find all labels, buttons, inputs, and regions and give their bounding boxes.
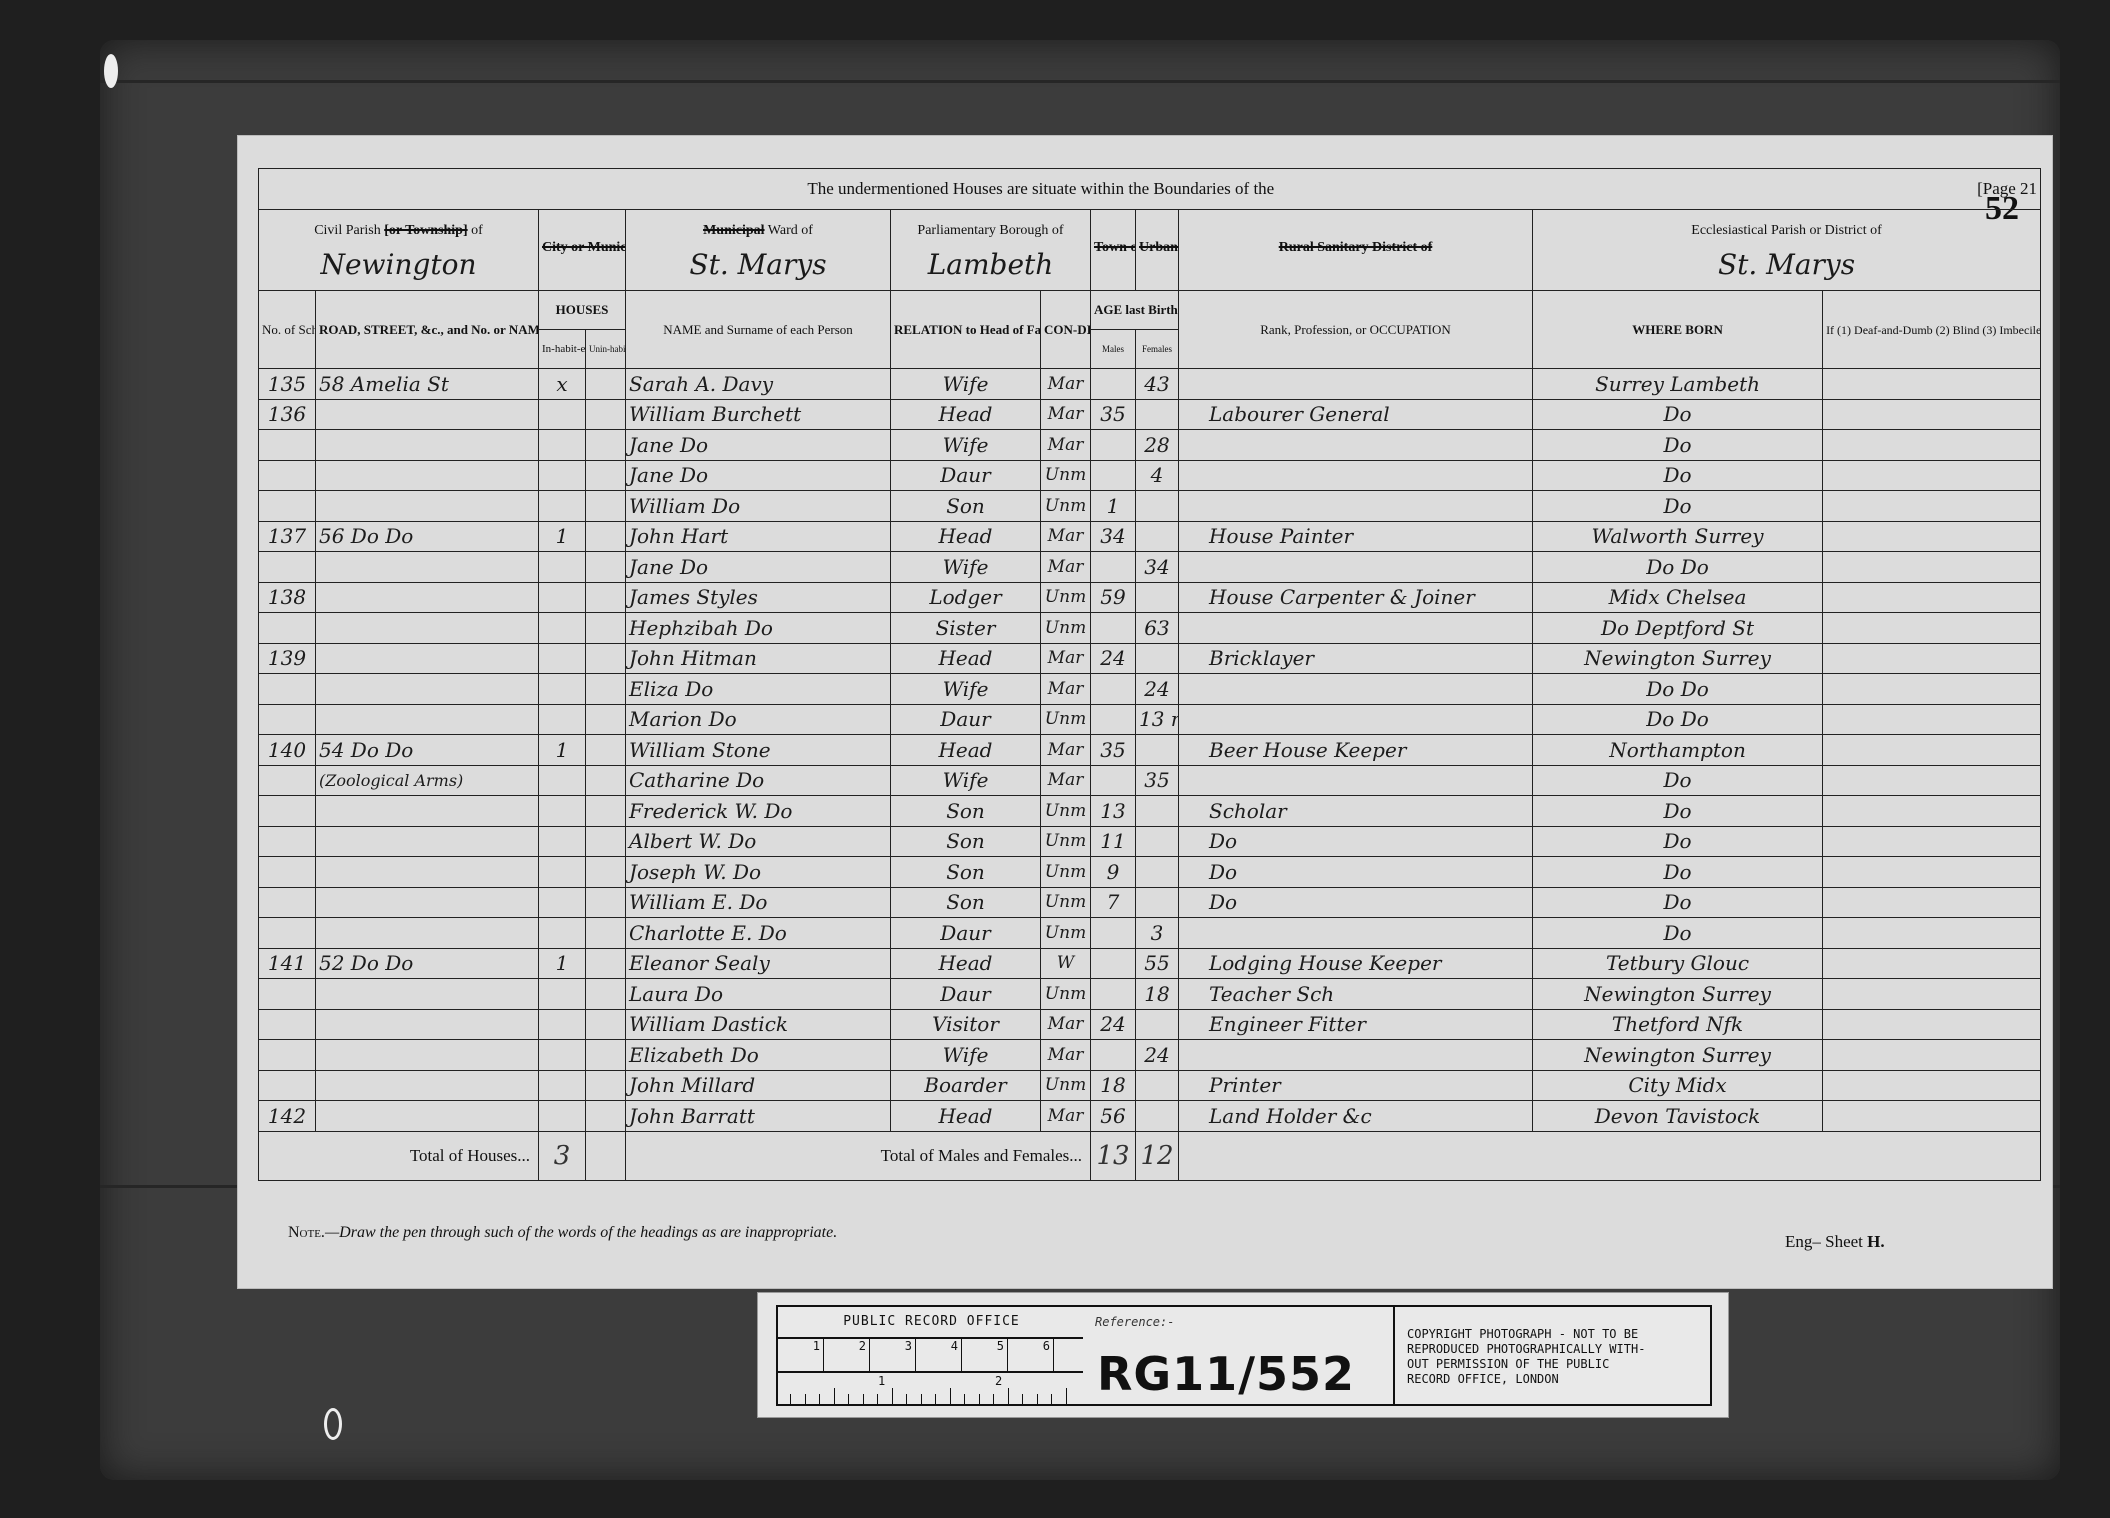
uninhabited-mark: [586, 765, 626, 796]
female-age: 3: [1136, 918, 1179, 949]
inch-mark: 1: [878, 1374, 885, 1388]
area-label-text: Ecclesiastical Parish or District of: [1691, 223, 1882, 238]
infirmity: [1823, 674, 2041, 705]
area-parliamentary-borough: Parliamentary Borough ofLambeth: [891, 210, 1091, 291]
male-age: 1: [1091, 491, 1136, 522]
person-name: William E. Do: [626, 887, 891, 918]
sheet-designation: Eng– Sheet H.: [1785, 1232, 1885, 1252]
occupation: [1179, 460, 1533, 491]
relation-to-head: Sister: [891, 613, 1041, 644]
infirmity: [1823, 491, 2041, 522]
census-row: Marion DoDaurUnm13 mDo Do: [259, 704, 2041, 735]
road-address: [316, 826, 539, 857]
page-number: [Page 21: [1823, 169, 2041, 210]
inhabited-mark: [539, 430, 586, 461]
infirmity: [1823, 857, 2041, 888]
road-address: [316, 552, 539, 583]
ruler-tick: [892, 1388, 893, 1406]
cm-mark: 5: [962, 1339, 1008, 1371]
ruler-tick: [1066, 1388, 1067, 1406]
female-age: 18: [1136, 979, 1179, 1010]
occupation: Do: [1179, 826, 1533, 857]
census-row: Elizabeth DoWifeMar24Newington Surrey: [259, 1040, 2041, 1071]
uninhabited-mark: [586, 1009, 626, 1040]
person-name: Jane Do: [626, 430, 891, 461]
occupation: Labourer General: [1179, 399, 1533, 430]
marital-condition: Mar: [1041, 765, 1091, 796]
person-name: Charlotte E. Do: [626, 918, 891, 949]
marital-condition: Mar: [1041, 399, 1091, 430]
col-header-schedule: No. of Schedule: [259, 291, 316, 369]
road-address: [316, 857, 539, 888]
relation-to-head: Wife: [891, 552, 1041, 583]
schedule-number: 138: [259, 582, 316, 613]
inch-scale: 12: [778, 1371, 1085, 1406]
marital-condition: Unm: [1041, 460, 1091, 491]
uninhabited-mark: [586, 582, 626, 613]
person-name: Hephzibah Do: [626, 613, 891, 644]
film-punch-mark: [104, 54, 118, 88]
schedule-number: 136: [259, 399, 316, 430]
road-address: [316, 1101, 539, 1132]
relation-to-head: Visitor: [891, 1009, 1041, 1040]
census-enumeration-table: The undermentioned Houses are situate wi…: [258, 168, 2041, 1181]
marital-condition: Mar: [1041, 1101, 1091, 1132]
person-name: William Do: [626, 491, 891, 522]
male-age: 24: [1091, 1009, 1136, 1040]
census-row: 13558 Amelia StxSarah A. DavyWifeMar43Su…: [259, 369, 2041, 400]
copyright-notice: COPYRIGHT PHOTOGRAPH - NOT TO BE REPRODU…: [1407, 1327, 1645, 1387]
infirmity: [1823, 704, 2041, 735]
infirmity: [1823, 1070, 2041, 1101]
census-row: 142John BarrattHeadMar56Land Holder &cDe…: [259, 1101, 2041, 1132]
occupation: Teacher Sch: [1179, 979, 1533, 1010]
uninhabited-mark: [586, 430, 626, 461]
marital-condition: Unm: [1041, 918, 1091, 949]
occupation: Engineer Fitter: [1179, 1009, 1533, 1040]
birthplace: Do: [1533, 887, 1823, 918]
infirmity: [1823, 796, 2041, 827]
marital-condition: Mar: [1041, 674, 1091, 705]
road-address: [316, 399, 539, 430]
marital-condition: W: [1041, 948, 1091, 979]
uninhabited-mark: [586, 369, 626, 400]
ruler-tick: [950, 1388, 951, 1406]
col-header-males: Males: [1091, 330, 1136, 369]
infirmity: [1823, 430, 2041, 461]
cm-mark: 2: [824, 1339, 870, 1371]
birthplace: Midx Chelsea: [1533, 582, 1823, 613]
census-row: Charlotte E. DoDaurUnm3Do: [259, 918, 2041, 949]
uninhabited-mark: [586, 948, 626, 979]
scale-ruler-box: PUBLIC RECORD OFFICE 12 123456: [776, 1305, 1087, 1406]
uninhabited-mark: [586, 521, 626, 552]
col-header-uninhabited: Unin-habited (U.), or Building (B.): [586, 330, 626, 369]
area-value: Lambeth: [894, 248, 1087, 281]
marital-condition: Unm: [1041, 979, 1091, 1010]
census-row: (Zoological Arms)Catharine DoWifeMar35Do: [259, 765, 2041, 796]
infirmity: [1823, 1040, 2041, 1071]
marital-condition: Mar: [1041, 1009, 1091, 1040]
marital-condition: Unm: [1041, 1070, 1091, 1101]
female-age: [1136, 1070, 1179, 1101]
schedule-number: 135: [259, 369, 316, 400]
schedule-number: [259, 460, 316, 491]
male-age: 35: [1091, 735, 1136, 766]
cm-mark: 1: [778, 1339, 824, 1371]
schedule-number: [259, 765, 316, 796]
area-label-struck-text: City or Municipal Borough of: [542, 240, 626, 255]
male-age: [1091, 460, 1136, 491]
film-punch-mark: [324, 1408, 342, 1440]
ruler-tick: [819, 1394, 820, 1406]
inhabited-mark: [539, 552, 586, 583]
relation-to-head: Wife: [891, 369, 1041, 400]
male-age: [1091, 765, 1136, 796]
person-name: John Hitman: [626, 643, 891, 674]
infirmity: [1823, 918, 2041, 949]
schedule-number: [259, 796, 316, 827]
relation-to-head: Head: [891, 521, 1041, 552]
occupation: Scholar: [1179, 796, 1533, 827]
person-name: Catharine Do: [626, 765, 891, 796]
birthplace: Newington Surrey: [1533, 643, 1823, 674]
area-label-struck-text: Municipal: [703, 223, 764, 238]
infirmity: [1823, 826, 2041, 857]
occupation: [1179, 369, 1533, 400]
person-name: John Hart: [626, 521, 891, 552]
relation-to-head: Daur: [891, 979, 1041, 1010]
birthplace: Do: [1533, 765, 1823, 796]
sheet-letter: H.: [1867, 1232, 1884, 1251]
female-age: 28: [1136, 430, 1179, 461]
marital-condition: Unm: [1041, 491, 1091, 522]
area-label-struck-text: Town or Village or Hamlet of: [1094, 240, 1136, 255]
column-header-row: No. of Schedule ROAD, STREET, &c., and N…: [259, 291, 2041, 330]
cm-mark: 3: [870, 1339, 916, 1371]
relation-to-head: Son: [891, 887, 1041, 918]
road-address: [316, 491, 539, 522]
road-address: [316, 643, 539, 674]
area-municipal-borough: City or Municipal Borough of: [539, 210, 626, 291]
relation-to-head: Daur: [891, 704, 1041, 735]
col-header-relation: RELATION to Head of Family: [891, 291, 1041, 369]
birthplace: Tetbury Glouc: [1533, 948, 1823, 979]
ruler-tick: [979, 1394, 980, 1406]
relation-to-head: Daur: [891, 918, 1041, 949]
female-age: 63: [1136, 613, 1179, 644]
road-address: 52 Do Do: [316, 948, 539, 979]
area-label: Municipal Ward of: [629, 219, 887, 238]
person-name: Laura Do: [626, 979, 891, 1010]
infirmity: [1823, 735, 2041, 766]
person-name: James Styles: [626, 582, 891, 613]
female-age: 55: [1136, 948, 1179, 979]
marital-condition: Unm: [1041, 857, 1091, 888]
uninhabited-mark: [586, 674, 626, 705]
road-address: [316, 674, 539, 705]
census-row: William DoSonUnm1Do: [259, 491, 2041, 522]
inhabited-mark: 1: [539, 948, 586, 979]
person-name: Sarah A. Davy: [626, 369, 891, 400]
person-name: William Stone: [626, 735, 891, 766]
census-row: Laura DoDaurUnm18Teacher SchNewington Su…: [259, 979, 2041, 1010]
road-address: [316, 613, 539, 644]
person-name: Joseph W. Do: [626, 857, 891, 888]
marital-condition: Unm: [1041, 826, 1091, 857]
schedule-number: 140: [259, 735, 316, 766]
col-header-where-born: WHERE BORN: [1533, 291, 1823, 369]
birthplace: Do: [1533, 796, 1823, 827]
col-header-inhabited: In-habit-ed: [539, 330, 586, 369]
occupation: [1179, 430, 1533, 461]
form-note: Note.—Draw the pen through such of the w…: [288, 1224, 837, 1242]
female-age: [1136, 735, 1179, 766]
sheet-label: Eng– Sheet: [1785, 1232, 1863, 1251]
form-title-row: The undermentioned Houses are situate wi…: [259, 169, 2041, 210]
birthplace: Surrey Lambeth: [1533, 369, 1823, 400]
copyright-box: COPYRIGHT PHOTOGRAPH - NOT TO BE REPRODU…: [1393, 1305, 1712, 1406]
female-age: 24: [1136, 674, 1179, 705]
total-houses-inhabited: 3: [539, 1131, 586, 1180]
occupation: House Carpenter & Joiner: [1179, 582, 1533, 613]
male-age: [1091, 948, 1136, 979]
person-name: Marion Do: [626, 704, 891, 735]
census-row: John MillardBoarderUnm18PrinterCity Midx: [259, 1070, 2041, 1101]
area-value: St. Marys: [629, 248, 887, 281]
inhabited-mark: 1: [539, 735, 586, 766]
birthplace: Do: [1533, 491, 1823, 522]
marital-condition: Mar: [1041, 369, 1091, 400]
schedule-number: 137: [259, 521, 316, 552]
road-address: 56 Do Do: [316, 521, 539, 552]
uninhabited-mark: [586, 643, 626, 674]
inhabited-mark: [539, 857, 586, 888]
total-houses-uninhabited: [586, 1131, 626, 1180]
person-name: William Burchett: [626, 399, 891, 430]
area-civil-parish: Civil Parish [or Township] ofNewington: [259, 210, 539, 291]
census-row: Eliza DoWifeMar24Do Do: [259, 674, 2041, 705]
cm-mark: 6: [1008, 1339, 1054, 1371]
census-row: Joseph W. DoSonUnm9DoDo: [259, 857, 2041, 888]
inhabited-mark: [539, 979, 586, 1010]
male-age: 35: [1091, 399, 1136, 430]
col-header-name: NAME and Surname of each Person: [626, 291, 891, 369]
area-value: Newington: [262, 248, 535, 281]
inch-mark: 2: [995, 1374, 1002, 1388]
schedule-number: [259, 887, 316, 918]
col-header-females: Females: [1136, 330, 1179, 369]
area-label-suffix: Ward of: [765, 223, 813, 238]
area-label: Ecclesiastical Parish or District of: [1536, 219, 2037, 238]
relation-to-head: Head: [891, 1101, 1041, 1132]
totals-row: Total of Houses... 3 Total of Males and …: [259, 1131, 2041, 1180]
male-age: 9: [1091, 857, 1136, 888]
ruler-tick: [993, 1394, 994, 1406]
road-address: [316, 430, 539, 461]
inhabited-mark: [539, 460, 586, 491]
female-age: 34: [1136, 552, 1179, 583]
schedule-number: [259, 704, 316, 735]
marital-condition: Unm: [1041, 613, 1091, 644]
marital-condition: Mar: [1041, 552, 1091, 583]
occupation: Lodging House Keeper: [1179, 948, 1533, 979]
birthplace: Newington Surrey: [1533, 1040, 1823, 1071]
area-ward: Municipal Ward ofSt. Marys: [626, 210, 891, 291]
infirmity: [1823, 643, 2041, 674]
schedule-number: [259, 613, 316, 644]
ruler-tick: [1051, 1394, 1052, 1406]
female-age: [1136, 887, 1179, 918]
infirmity: [1823, 765, 2041, 796]
schedule-number: 139: [259, 643, 316, 674]
birthplace: Newington Surrey: [1533, 979, 1823, 1010]
form-title: The undermentioned Houses are situate wi…: [259, 169, 1823, 210]
inhabited-mark: [539, 918, 586, 949]
road-address: [316, 918, 539, 949]
census-row: 136William BurchettHeadMar35Labourer Gen…: [259, 399, 2041, 430]
inhabited-mark: [539, 1009, 586, 1040]
male-age: [1091, 918, 1136, 949]
birthplace: Thetford Nfk: [1533, 1009, 1823, 1040]
male-age: 7: [1091, 887, 1136, 918]
relation-to-head: Boarder: [891, 1070, 1041, 1101]
ruler-tick: [848, 1394, 849, 1406]
census-row: 13756 Do Do1John HartHeadMar34House Pain…: [259, 521, 2041, 552]
relation-to-head: Head: [891, 948, 1041, 979]
male-age: 24: [1091, 643, 1136, 674]
female-age: 4: [1136, 460, 1179, 491]
col-header-occupation: Rank, Profession, or OCCUPATION: [1179, 291, 1533, 369]
uninhabited-mark: [586, 460, 626, 491]
inhabited-mark: [539, 1070, 586, 1101]
road-address: [316, 1070, 539, 1101]
inhabited-mark: [539, 704, 586, 735]
female-age: [1136, 643, 1179, 674]
area-label-text: Parliamentary Borough of: [917, 223, 1063, 238]
road-address: 58 Amelia St: [316, 369, 539, 400]
ruler-tick: [921, 1394, 922, 1406]
birthplace: Do Do: [1533, 674, 1823, 705]
female-age: [1136, 491, 1179, 522]
birthplace: Do: [1533, 399, 1823, 430]
ruler-tick: [1037, 1394, 1038, 1406]
census-row: Hephzibah DoSisterUnm63Do Deptford St: [259, 613, 2041, 644]
birthplace: Do: [1533, 460, 1823, 491]
marital-condition: Unm: [1041, 796, 1091, 827]
marital-condition: Unm: [1041, 704, 1091, 735]
area-rural-sanitary-district: Rural Sanitary District of: [1179, 210, 1533, 291]
cm-mark: 4: [916, 1339, 962, 1371]
area-label: Town or Village or Hamlet of: [1094, 236, 1132, 255]
inhabited-mark: [539, 1040, 586, 1071]
census-entries: 13558 Amelia StxSarah A. DavyWifeMar43Su…: [259, 369, 2041, 1132]
relation-to-head: Wife: [891, 765, 1041, 796]
total-persons-label: Total of Males and Females...: [626, 1131, 1091, 1180]
note-text: —Draw the pen through such of the words …: [325, 1224, 837, 1241]
infirmity: [1823, 399, 2041, 430]
relation-to-head: Son: [891, 796, 1041, 827]
uninhabited-mark: [586, 613, 626, 644]
female-age: 24: [1136, 1040, 1179, 1071]
area-label-text: Civil Parish: [314, 223, 384, 238]
relation-to-head: Son: [891, 857, 1041, 888]
occupation: [1179, 704, 1533, 735]
schedule-number: [259, 1040, 316, 1071]
relation-to-head: Daur: [891, 460, 1041, 491]
col-header-age: AGE last Birthday of: [1091, 291, 1179, 330]
female-age: [1136, 521, 1179, 552]
infirmity: [1823, 887, 2041, 918]
road-address: [316, 704, 539, 735]
male-age: 59: [1091, 582, 1136, 613]
female-age: 35: [1136, 765, 1179, 796]
col-header-road: ROAD, STREET, &c., and No. or NAME of HO…: [316, 291, 539, 369]
occupation: Bricklayer: [1179, 643, 1533, 674]
person-name: Eleanor Sealy: [626, 948, 891, 979]
ruler-tick: [906, 1394, 907, 1406]
uninhabited-mark: [586, 704, 626, 735]
inhabited-mark: [539, 887, 586, 918]
total-males: 13: [1091, 1131, 1136, 1180]
area-label-suffix: of: [468, 223, 483, 238]
infirmity: [1823, 582, 2041, 613]
schedule-number: [259, 826, 316, 857]
female-age: 13 m: [1136, 704, 1179, 735]
inhabited-mark: [539, 796, 586, 827]
occupation: [1179, 674, 1533, 705]
col-header-houses: HOUSES: [539, 291, 626, 330]
occupation: House Painter: [1179, 521, 1533, 552]
occupation: [1179, 1040, 1533, 1071]
col-header-infirmity: If (1) Deaf-and-Dumb (2) Blind (3) Imbec…: [1823, 291, 2041, 369]
inhabited-mark: [539, 674, 586, 705]
male-age: 18: [1091, 1070, 1136, 1101]
reference-value: RG11/552: [1097, 1347, 1355, 1401]
occupation: [1179, 491, 1533, 522]
film-crease-line: [100, 80, 2060, 83]
inhabited-mark: [539, 491, 586, 522]
census-row: Jane DoWifeMar28Do: [259, 430, 2041, 461]
road-address: (Zoological Arms): [316, 765, 539, 796]
marital-condition: Unm: [1041, 582, 1091, 613]
female-age: [1136, 1101, 1179, 1132]
person-name: Albert W. Do: [626, 826, 891, 857]
person-name: William Dastick: [626, 1009, 891, 1040]
male-age: [1091, 979, 1136, 1010]
relation-to-head: Head: [891, 643, 1041, 674]
uninhabited-mark: [586, 1040, 626, 1071]
occupation: [1179, 613, 1533, 644]
inhabited-mark: [539, 765, 586, 796]
person-name: Frederick W. Do: [626, 796, 891, 827]
census-row: Jane DoDaurUnm4Do: [259, 460, 2041, 491]
area-town-village: Town or Village or Hamlet of: [1091, 210, 1136, 291]
relation-to-head: Lodger: [891, 582, 1041, 613]
census-row: 14054 Do Do1William StoneHeadMar35Beer H…: [259, 735, 2041, 766]
marital-condition: Mar: [1041, 521, 1091, 552]
occupation: Land Holder &c: [1179, 1101, 1533, 1132]
infirmity: [1823, 1009, 2041, 1040]
totals-blank: [1179, 1131, 2041, 1180]
birthplace: Do Do: [1533, 704, 1823, 735]
schedule-number: [259, 979, 316, 1010]
birthplace: Do: [1533, 826, 1823, 857]
ruler-tick: [790, 1394, 791, 1406]
male-age: [1091, 430, 1136, 461]
uninhabited-mark: [586, 1101, 626, 1132]
inhabited-mark: [539, 1101, 586, 1132]
